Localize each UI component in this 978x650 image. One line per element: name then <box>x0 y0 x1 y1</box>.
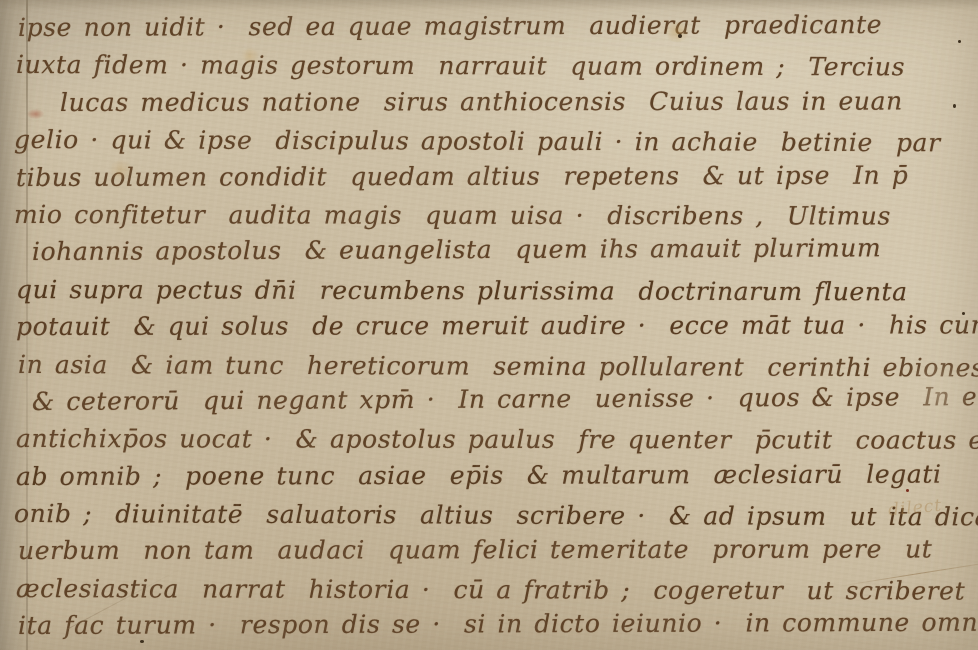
manuscript-line: qui supra pectus dn̄i recumbens plurissi… <box>16 275 960 315</box>
manuscript-text-block: ipse non uidit · sed ea quae magistrum a… <box>14 13 960 649</box>
manuscript-line: ab omnib ; poene tunc asiae ep̄is & mult… <box>16 459 960 499</box>
manuscript-line: ita fac turum · respon dis se · si in di… <box>18 608 960 649</box>
red-ink-speck <box>906 489 909 492</box>
ink-speck <box>678 34 682 38</box>
manuscript-line: antichixp̄os uocat · & apostolus paulus … <box>16 424 960 463</box>
manuscript-line: iohannis apostolus & euangelista quem ih… <box>32 233 960 274</box>
ink-speck <box>140 640 144 643</box>
manuscript-line: gelio · qui & ipse discipulus apostoli p… <box>14 125 960 166</box>
manuscript-page: ipse non uidit · sed ea quae magistrum a… <box>0 0 978 650</box>
parchment-top-edge <box>0 0 978 10</box>
faded-rubric-mark <box>27 109 44 119</box>
manuscript-line: potauit & qui solus de cruce meruit audi… <box>16 310 960 349</box>
ink-speck <box>953 104 956 108</box>
ink-speck <box>958 40 961 43</box>
manuscript-line: uerbum non tam audaci quam felici temeri… <box>18 535 960 574</box>
manuscript-line: lucas medicus natione sirus anthiocensis… <box>60 86 960 125</box>
manuscript-line: & ceterorū qui negant xpm̄ · In carne ue… <box>32 382 960 424</box>
ink-speck <box>962 312 965 315</box>
manuscript-line: ipse non uidit · sed ea quae magistrum a… <box>18 10 960 51</box>
manuscript-line: iuxta fidem · magis gestorum narrauit qu… <box>16 50 960 90</box>
manuscript-line: tibus uolumen condidit quedam altius rep… <box>16 160 960 200</box>
